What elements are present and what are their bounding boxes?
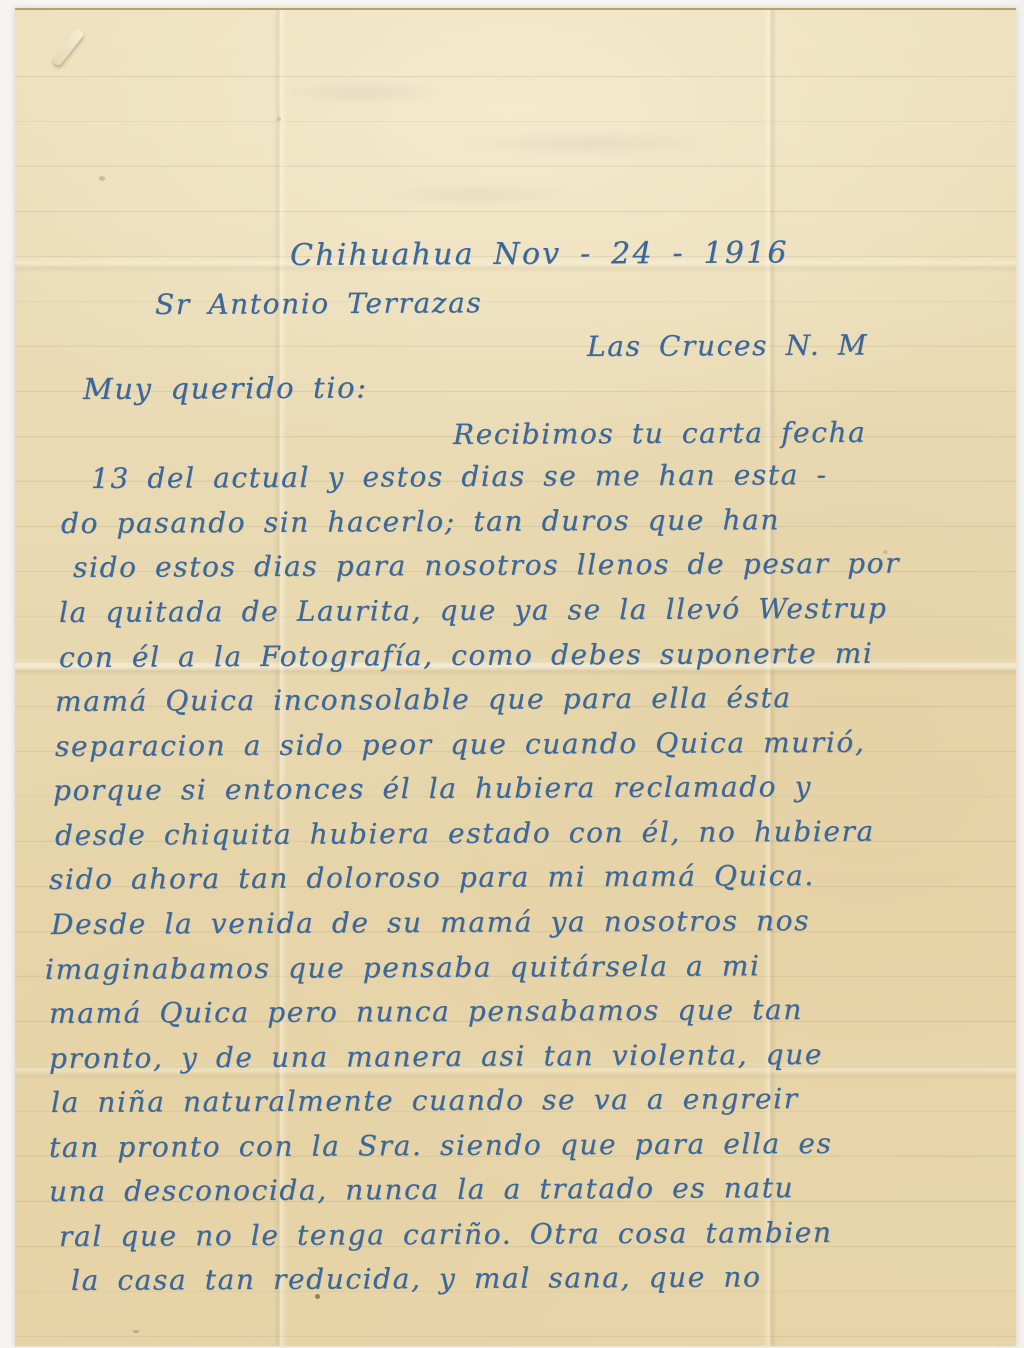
- letter-line: pronto, y de una manera asi tan violenta…: [49, 1038, 823, 1075]
- letter-line: mamá Quica pero nunca pensabamos que tan: [49, 993, 803, 1030]
- paper-speck: [133, 1330, 139, 1333]
- letter-line: la quitada de Laurita, que ya se la llev…: [59, 592, 888, 629]
- letter-line: imaginabamos que pensaba quitársela a mi: [45, 949, 761, 986]
- letter-line: la niña naturalmente cuando se va a engr…: [51, 1082, 799, 1119]
- letter-line: ral que no le tenga cariño. Otra cosa ta…: [59, 1216, 833, 1253]
- letter-line: mamá Quica inconsolable que para ella és…: [55, 681, 792, 718]
- letter-paper: Chihuahua Nov - 24 - 1916 Sr Antonio Ter…: [15, 8, 1016, 1346]
- letter-line: Desde la venida de su mamá ya nosotros n…: [51, 904, 810, 941]
- letter-line: sido ahora tan doloroso para mi mamá Qui…: [49, 859, 815, 896]
- letter-salutation: Muy querido tio:: [83, 371, 368, 406]
- letter-recipient-location: Las Cruces N. M: [587, 329, 868, 363]
- bleed-through-ghosting: [135, 50, 895, 220]
- letter-dateline: Chihuahua Nov - 24 - 1916: [290, 235, 789, 273]
- letter-line: la casa tan reducida, y mal sana, que no: [71, 1260, 762, 1297]
- paper-speck: [99, 176, 105, 181]
- letter-line: una desconocida, nunca la a tratado es n…: [49, 1171, 794, 1208]
- letter-line: 13 del actual y estos dias se me han est…: [91, 458, 828, 495]
- letter-line: sido estos dias para nosotros llenos de …: [73, 547, 900, 584]
- letter-recipient: Sr Antonio Terrazas: [155, 286, 482, 321]
- scanned-letter: Chihuahua Nov - 24 - 1916 Sr Antonio Ter…: [0, 0, 1024, 1348]
- letter-line: con él a la Fotografía, como debes supon…: [59, 637, 874, 674]
- letter-line: separacion a sido peor que cuando Quica …: [55, 726, 866, 763]
- letter-line: porque si entonces él la hubiera reclama…: [53, 770, 812, 807]
- letter-line: desde chiquita hubiera estado con él, no…: [55, 815, 875, 852]
- letter-line: tan pronto con la Sra. siendo que para e…: [49, 1127, 833, 1164]
- letter-line: do pasando sin hacerlo; tan duros que ha…: [61, 503, 780, 540]
- letter-opening-line: Recibimos tu carta fecha: [453, 416, 867, 451]
